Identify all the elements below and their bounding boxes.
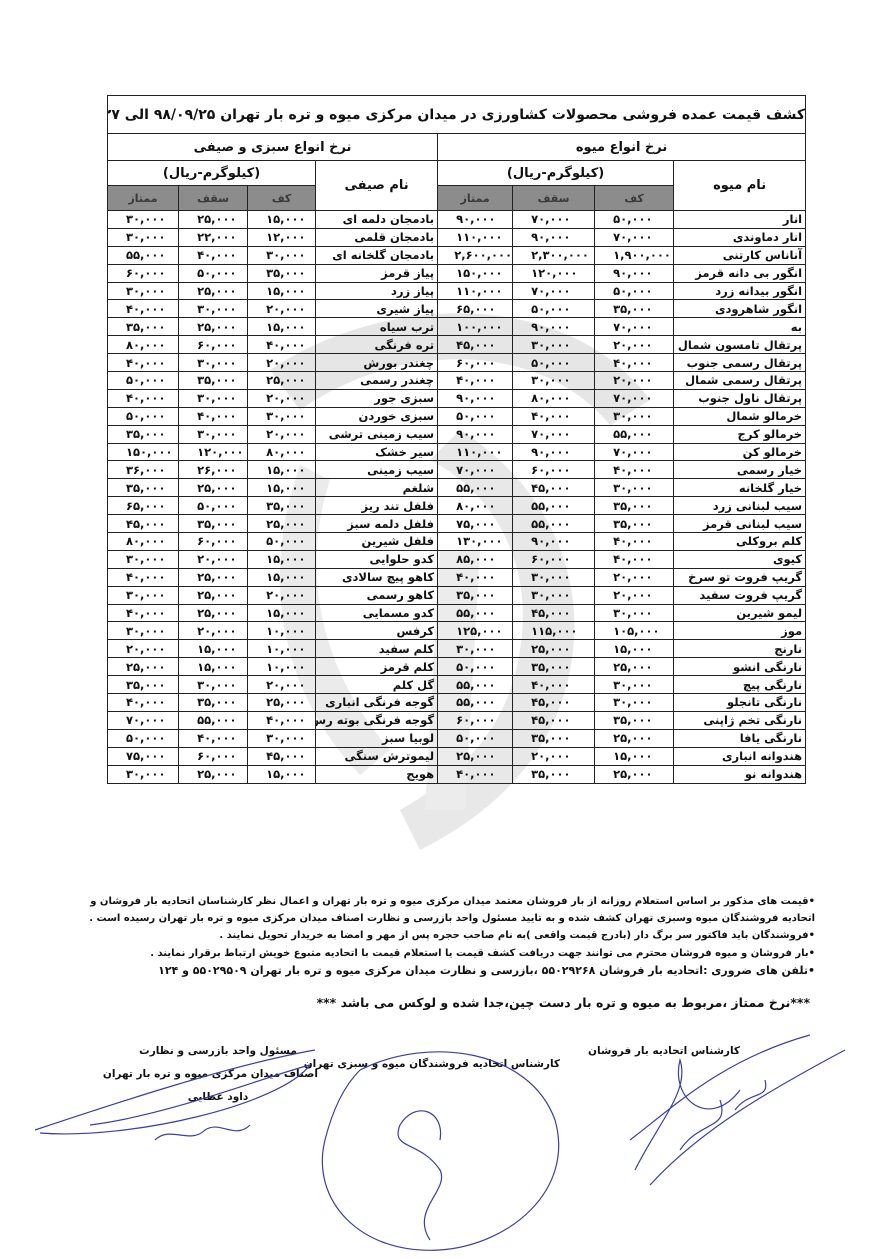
veg-col-max: سقف [179, 186, 248, 211]
fruit-name-cell: نارنگی یافا [674, 729, 806, 747]
veg-premium-price-cell: ۷۰,۰۰۰ [108, 711, 179, 729]
fruit-premium-price-cell: ۶۰,۰۰۰ [438, 711, 513, 729]
fruit-min-price-cell: ۳۰,۰۰۰ [595, 604, 674, 622]
veg-name-cell: هویج [316, 765, 438, 783]
fruit-premium-price-cell: ۵۵,۰۰۰ [438, 604, 513, 622]
veg-max-price-cell: ۲۵,۰۰۰ [179, 318, 248, 336]
veg-name-cell: پیاز شیری [316, 300, 438, 318]
table-row: انار دماوندی۷۰,۰۰۰۹۰,۰۰۰۱۱۰,۰۰۰بادمجان ق… [108, 228, 806, 246]
veg-min-price-cell: ۲۰,۰۰۰ [248, 354, 316, 372]
veg-min-price-cell: ۲۰,۰۰۰ [248, 389, 316, 407]
veg-name-cell: کاهو پیچ سالادی [316, 568, 438, 586]
footnote-line: •قیمت های مذکور بر اساس استعلام روزانه ا… [110, 893, 815, 910]
veg-min-price-cell: ۸۰,۰۰۰ [248, 443, 316, 461]
fruit-premium-price-cell: ۷۰,۰۰۰ [438, 461, 513, 479]
veg-min-price-cell: ۲۵,۰۰۰ [248, 372, 316, 390]
veg-max-price-cell: ۱۵,۰۰۰ [179, 658, 248, 676]
veg-max-price-cell: ۲۶,۰۰۰ [179, 461, 248, 479]
veg-premium-price-cell: ۳۰,۰۰۰ [108, 622, 179, 640]
table-row: نارنگی پیچ۳۰,۰۰۰۴۰,۰۰۰۵۵,۰۰۰گل کلم۲۰,۰۰۰… [108, 676, 806, 694]
document-title: کشف قیمت عمده فروشی محصولات کشاورزی در م… [108, 96, 806, 134]
table-row: انگور بیدانه زرد۵۰,۰۰۰۷۰,۰۰۰۱۱۰,۰۰۰پیاز … [108, 282, 806, 300]
table-row: نارنگی تخم ژاپنی۳۵,۰۰۰۴۵,۰۰۰۶۰,۰۰۰گوجه ف… [108, 711, 806, 729]
veg-premium-price-cell: ۵۰,۰۰۰ [108, 407, 179, 425]
fruit-max-price-cell: ۹۰,۰۰۰ [513, 228, 595, 246]
fruit-premium-price-cell: ۲۵,۰۰۰ [438, 747, 513, 765]
veg-premium-price-cell: ۳۵,۰۰۰ [108, 479, 179, 497]
fruit-min-price-cell: ۴۰,۰۰۰ [595, 533, 674, 551]
veg-max-price-cell: ۳۰,۰۰۰ [179, 389, 248, 407]
fruit-name-cell: نارنگی تخم ژاپنی [674, 711, 806, 729]
fruit-max-price-cell: ۹۰,۰۰۰ [513, 443, 595, 461]
fruit-name-cell: به [674, 318, 806, 336]
table-row: خرمالو کرج۵۵,۰۰۰۷۰,۰۰۰۹۰,۰۰۰سیب زمینی تر… [108, 425, 806, 443]
veg-name-cell: سیب زمینی [316, 461, 438, 479]
veg-name-cell: سیب زمینی ترشی [316, 425, 438, 443]
fruit-max-price-cell: ۶۰,۰۰۰ [513, 461, 595, 479]
fruit-name-cell: موز [674, 622, 806, 640]
fruit-premium-price-cell: ۶۵,۰۰۰ [438, 300, 513, 318]
veg-premium-price-cell: ۴۰,۰۰۰ [108, 354, 179, 372]
fruit-max-price-cell: ۴۰,۰۰۰ [513, 407, 595, 425]
veg-max-price-cell: ۲۲,۰۰۰ [179, 228, 248, 246]
fruit-max-price-cell: ۵۵,۰۰۰ [513, 515, 595, 533]
table-row: پرتقال ناول جنوب۷۰,۰۰۰۸۰,۰۰۰۹۰,۰۰۰سبزی ج… [108, 389, 806, 407]
veg-min-price-cell: ۲۵,۰۰۰ [248, 515, 316, 533]
table-row: به۷۰,۰۰۰۹۰,۰۰۰۱۰۰,۰۰۰ترب سیاه۱۵,۰۰۰۲۵,۰۰… [108, 318, 806, 336]
fruit-name-cell: نارنگی انشو [674, 658, 806, 676]
table-row: کیوی۴۰,۰۰۰۶۰,۰۰۰۸۵,۰۰۰کدو حلوایی۱۵,۰۰۰۲۰… [108, 550, 806, 568]
veg-min-price-cell: ۴۵,۰۰۰ [248, 747, 316, 765]
veg-max-price-cell: ۴۰,۰۰۰ [179, 246, 248, 264]
veg-name-cell: گوجه فرنگی بوته رس [316, 711, 438, 729]
veg-name-cell: چغندر رسمی [316, 372, 438, 390]
veg-min-price-cell: ۳۵,۰۰۰ [248, 497, 316, 515]
table-row: انار۵۰,۰۰۰۷۰,۰۰۰۹۰,۰۰۰بادمجان دلمه ای۱۵,… [108, 211, 806, 229]
veg-premium-price-cell: ۳۰,۰۰۰ [108, 228, 179, 246]
table-row: خرمالو شمال۳۰,۰۰۰۴۰,۰۰۰۵۰,۰۰۰سبزی خوردن۳… [108, 407, 806, 425]
veg-premium-price-cell: ۱۵۰,۰۰۰ [108, 443, 179, 461]
fruit-premium-price-cell: ۱۲۵,۰۰۰ [438, 622, 513, 640]
fruit-min-price-cell: ۳۰,۰۰۰ [595, 676, 674, 694]
fruit-min-price-cell: ۵۵,۰۰۰ [595, 425, 674, 443]
table-row: خیار رسمی۴۰,۰۰۰۶۰,۰۰۰۷۰,۰۰۰سیب زمینی۱۵,۰… [108, 461, 806, 479]
fruit-premium-price-cell: ۵۰,۰۰۰ [438, 658, 513, 676]
veg-name-cell: کلم قرمز [316, 658, 438, 676]
fruit-max-price-cell: ۷۰,۰۰۰ [513, 282, 595, 300]
veg-name-cell: لیموترش سنگی [316, 747, 438, 765]
veg-min-price-cell: ۵۰,۰۰۰ [248, 533, 316, 551]
fruit-max-price-cell: ۳۵,۰۰۰ [513, 765, 595, 783]
fruit-min-price-cell: ۲۵,۰۰۰ [595, 729, 674, 747]
fruit-max-price-cell: ۴۰,۰۰۰ [513, 676, 595, 694]
fruit-max-price-cell: ۸۰,۰۰۰ [513, 389, 595, 407]
fruit-min-price-cell: ۷۰,۰۰۰ [595, 443, 674, 461]
veg-min-price-cell: ۲۰,۰۰۰ [248, 586, 316, 604]
veg-max-price-cell: ۲۰,۰۰۰ [179, 550, 248, 568]
veg-premium-price-cell: ۲۵,۰۰۰ [108, 658, 179, 676]
fruit-col-premium: ممتاز [438, 186, 513, 211]
veg-min-price-cell: ۴۰,۰۰۰ [248, 336, 316, 354]
veg-max-price-cell: ۲۰,۰۰۰ [179, 622, 248, 640]
fruit-min-price-cell: ۴۰,۰۰۰ [595, 461, 674, 479]
veg-name-header: نام صیفی [316, 161, 438, 211]
fruit-premium-price-cell: ۱۵۰,۰۰۰ [438, 264, 513, 282]
veg-max-price-cell: ۲۵,۰۰۰ [179, 765, 248, 783]
fruit-max-price-cell: ۴۵,۰۰۰ [513, 604, 595, 622]
veg-premium-price-cell: ۳۰,۰۰۰ [108, 586, 179, 604]
signature-title: مسئول واحد بازرسی و نظارت [118, 1040, 318, 1063]
fruit-min-price-cell: ۲۰,۰۰۰ [595, 586, 674, 604]
veg-premium-price-cell: ۴۰,۰۰۰ [108, 694, 179, 712]
fruit-min-price-cell: ۷۰,۰۰۰ [595, 228, 674, 246]
veg-premium-price-cell: ۶۵,۰۰۰ [108, 497, 179, 515]
fruit-min-price-cell: ۳۰,۰۰۰ [595, 479, 674, 497]
veg-max-price-cell: ۲۵,۰۰۰ [179, 282, 248, 300]
fruit-name-cell: سیب لبنانی زرد [674, 497, 806, 515]
footnote-line: •فروشندگان باید فاکتور سر برگ دار (بادرج… [110, 927, 815, 944]
fruit-section-heading: نرخ انواع میوه [438, 134, 806, 161]
veg-name-cell: چغندر بورش [316, 354, 438, 372]
table-row: نارنگی یافا۲۵,۰۰۰۳۵,۰۰۰۵۰,۰۰۰لوبیا سبز۳۰… [108, 729, 806, 747]
fruit-min-price-cell: ۳۵,۰۰۰ [595, 711, 674, 729]
veg-premium-price-cell: ۳۰,۰۰۰ [108, 550, 179, 568]
veg-max-price-cell: ۶۰,۰۰۰ [179, 336, 248, 354]
fruit-premium-price-cell: ۸۰,۰۰۰ [438, 497, 513, 515]
veg-premium-price-cell: ۵۵,۰۰۰ [108, 246, 179, 264]
signature-block-inspection: مسئول واحد بازرسی و نظارت اصناف میدان مر… [118, 1040, 318, 1109]
veg-min-price-cell: ۴۰,۰۰۰ [248, 711, 316, 729]
veg-name-cell: فلفل دلمه سبز [316, 515, 438, 533]
fruit-name-cell: کلم بروکلی [674, 533, 806, 551]
fruit-min-price-cell: ۳۵,۰۰۰ [595, 300, 674, 318]
fruit-min-price-cell: ۱۵,۰۰۰ [595, 747, 674, 765]
fruit-max-price-cell: ۳۰,۰۰۰ [513, 372, 595, 390]
veg-name-cell: کرفس [316, 622, 438, 640]
table-row: آناناس کارتنی۱,۹۰۰,۰۰۰۲,۳۰۰,۰۰۰۲,۶۰۰,۰۰۰… [108, 246, 806, 264]
veg-premium-price-cell: ۵۰,۰۰۰ [108, 372, 179, 390]
fruit-min-price-cell: ۷۰,۰۰۰ [595, 389, 674, 407]
table-row: نارنج۱۵,۰۰۰۲۵,۰۰۰۳۰,۰۰۰کلم سفید۱۰,۰۰۰۱۵,… [108, 640, 806, 658]
veg-max-price-cell: ۲۵,۰۰۰ [179, 604, 248, 622]
veg-name-cell: بادمجان گلخانه ای [316, 246, 438, 264]
table-row: سیب لبنانی قرمز۳۵,۰۰۰۵۵,۰۰۰۷۵,۰۰۰فلفل دل… [108, 515, 806, 533]
table-row: سیب لبنانی زرد۳۵,۰۰۰۵۵,۰۰۰۸۰,۰۰۰فلفل تند… [108, 497, 806, 515]
veg-max-price-cell: ۴۰,۰۰۰ [179, 729, 248, 747]
table-row: هندوانه نو۲۵,۰۰۰۳۵,۰۰۰۴۰,۰۰۰هویج۱۵,۰۰۰۲۵… [108, 765, 806, 783]
fruit-name-cell: کیوی [674, 550, 806, 568]
fruit-premium-price-cell: ۱۳۰,۰۰۰ [438, 533, 513, 551]
veg-col-min: کف [248, 186, 316, 211]
veg-max-price-cell: ۲۵,۰۰۰ [179, 479, 248, 497]
veg-max-price-cell: ۳۵,۰۰۰ [179, 372, 248, 390]
fruit-name-cell: نارنگی پیچ [674, 676, 806, 694]
price-rows: انار۵۰,۰۰۰۷۰,۰۰۰۹۰,۰۰۰بادمجان دلمه ای۱۵,… [108, 211, 806, 784]
fruit-min-price-cell: ۳۰,۰۰۰ [595, 694, 674, 712]
fruit-col-min: کف [595, 186, 674, 211]
table-row: انگور بی دانه قرمز۹۰,۰۰۰۱۲۰,۰۰۰۱۵۰,۰۰۰پی… [108, 264, 806, 282]
veg-max-price-cell: ۱۵,۰۰۰ [179, 640, 248, 658]
fruit-max-price-cell: ۴۵,۰۰۰ [513, 694, 595, 712]
fruit-name-cell: انگور بی دانه قرمز [674, 264, 806, 282]
price-document: کشف قیمت عمده فروشی محصولات کشاورزی در م… [0, 0, 881, 1259]
veg-premium-price-cell: ۳۰,۰۰۰ [108, 211, 179, 229]
fruit-min-price-cell: ۲۵,۰۰۰ [595, 765, 674, 783]
fruit-premium-price-cell: ۵۵,۰۰۰ [438, 479, 513, 497]
veg-max-price-cell: ۳۰,۰۰۰ [179, 425, 248, 443]
fruit-name-cell: انار [674, 211, 806, 229]
veg-max-price-cell: ۳۵,۰۰۰ [179, 694, 248, 712]
fruit-min-price-cell: ۹۰,۰۰۰ [595, 264, 674, 282]
veg-name-cell: لوبیا سبز [316, 729, 438, 747]
veg-min-price-cell: ۲۰,۰۰۰ [248, 676, 316, 694]
fruit-min-price-cell: ۵۰,۰۰۰ [595, 282, 674, 300]
veg-name-cell: ترب سیاه [316, 318, 438, 336]
fruit-name-cell: پرتقال رسمی جنوب [674, 354, 806, 372]
table-row: گریپ فروت سفید۲۰,۰۰۰۳۰,۰۰۰۳۵,۰۰۰کاهو رسم… [108, 586, 806, 604]
veg-premium-price-cell: ۸۰,۰۰۰ [108, 336, 179, 354]
veg-premium-price-cell: ۳۰,۰۰۰ [108, 765, 179, 783]
fruit-name-cell: پرتقال تامسون شمال [674, 336, 806, 354]
fruit-min-price-cell: ۲۵,۰۰۰ [595, 658, 674, 676]
veg-min-price-cell: ۱۰,۰۰۰ [248, 622, 316, 640]
fruit-name-cell: انگور شاهرودی [674, 300, 806, 318]
veg-max-price-cell: ۵۰,۰۰۰ [179, 497, 248, 515]
fruit-min-price-cell: ۵۰,۰۰۰ [595, 211, 674, 229]
signature-title: کارشناس اتحادیه فروشندگان میوه و سبزی ته… [340, 1053, 560, 1076]
fruit-premium-price-cell: ۵۵,۰۰۰ [438, 676, 513, 694]
fruit-premium-price-cell: ۸۵,۰۰۰ [438, 550, 513, 568]
fruit-min-price-cell: ۴۰,۰۰۰ [595, 354, 674, 372]
veg-premium-price-cell: ۵۰,۰۰۰ [108, 729, 179, 747]
fruit-min-price-cell: ۲۰,۰۰۰ [595, 336, 674, 354]
fruit-name-cell: انار دماوندی [674, 228, 806, 246]
veg-name-cell: سبزی جور [316, 389, 438, 407]
table-row: پرتقال تامسون شمال۲۰,۰۰۰۳۰,۰۰۰۴۵,۰۰۰تره … [108, 336, 806, 354]
veg-max-price-cell: ۳۰,۰۰۰ [179, 676, 248, 694]
veg-premium-price-cell: ۷۵,۰۰۰ [108, 747, 179, 765]
fruit-max-price-cell: ۳۰,۰۰۰ [513, 336, 595, 354]
fruit-premium-price-cell: ۱۱۰,۰۰۰ [438, 282, 513, 300]
veg-min-price-cell: ۲۰,۰۰۰ [248, 300, 316, 318]
fruit-premium-price-cell: ۹۰,۰۰۰ [438, 389, 513, 407]
fruit-max-price-cell: ۱۲۰,۰۰۰ [513, 264, 595, 282]
fruit-max-price-cell: ۵۰,۰۰۰ [513, 354, 595, 372]
table-row: انگور شاهرودی۳۵,۰۰۰۵۰,۰۰۰۶۵,۰۰۰پیاز شیری… [108, 300, 806, 318]
veg-premium-price-cell: ۴۰,۰۰۰ [108, 389, 179, 407]
veg-max-price-cell: ۲۵,۰۰۰ [179, 211, 248, 229]
veg-premium-price-cell: ۴۰,۰۰۰ [108, 568, 179, 586]
veg-min-price-cell: ۳۵,۰۰۰ [248, 264, 316, 282]
veg-premium-price-cell: ۳۵,۰۰۰ [108, 318, 179, 336]
veg-max-price-cell: ۳۵,۰۰۰ [179, 515, 248, 533]
veg-min-price-cell: ۱۲,۰۰۰ [248, 228, 316, 246]
fruit-min-price-cell: ۱۵,۰۰۰ [595, 640, 674, 658]
veg-name-cell: کلم سفید [316, 640, 438, 658]
fruit-premium-price-cell: ۱۰۰,۰۰۰ [438, 318, 513, 336]
veg-max-price-cell: ۴۰,۰۰۰ [179, 407, 248, 425]
veg-max-price-cell: ۳۰,۰۰۰ [179, 354, 248, 372]
footnote-line: اتحادیه فروشندگان میوه وسبزی تهران کشف ش… [110, 910, 815, 927]
veg-min-price-cell: ۲۵,۰۰۰ [248, 694, 316, 712]
fruit-max-price-cell: ۴۵,۰۰۰ [513, 711, 595, 729]
fruit-max-price-cell: ۳۰,۰۰۰ [513, 568, 595, 586]
fruit-name-cell: گریپ فروت سفید [674, 586, 806, 604]
veg-min-price-cell: ۱۰,۰۰۰ [248, 658, 316, 676]
veg-min-price-cell: ۱۵,۰۰۰ [248, 479, 316, 497]
fruit-name-cell: آناناس کارتنی [674, 246, 806, 264]
fruit-col-max: سقف [513, 186, 595, 211]
fruit-name-cell: پرتقال ناول جنوب [674, 389, 806, 407]
fruit-premium-price-cell: ۴۰,۰۰۰ [438, 372, 513, 390]
veg-name-cell: فلفل شیرین [316, 533, 438, 551]
veg-name-cell: بادمجان قلمی [316, 228, 438, 246]
fruit-name-cell: نارنج [674, 640, 806, 658]
signature-title: کارشناس اتحادیه بار فروشان [610, 1040, 740, 1063]
table-row: خرمالو کن۷۰,۰۰۰۹۰,۰۰۰۱۱۰,۰۰۰سیر خشک۸۰,۰۰… [108, 443, 806, 461]
veg-max-price-cell: ۱۲۰,۰۰۰ [179, 443, 248, 461]
veg-max-price-cell: ۶۰,۰۰۰ [179, 747, 248, 765]
fruit-premium-price-cell: ۶۰,۰۰۰ [438, 354, 513, 372]
fruit-min-price-cell: ۱,۹۰۰,۰۰۰ [595, 246, 674, 264]
veg-premium-price-cell: ۴۰,۰۰۰ [108, 300, 179, 318]
veg-min-price-cell: ۱۵,۰۰۰ [248, 318, 316, 336]
fruit-max-price-cell: ۵۵,۰۰۰ [513, 497, 595, 515]
veg-min-price-cell: ۱۵,۰۰۰ [248, 282, 316, 300]
fruit-min-price-cell: ۲۰,۰۰۰ [595, 372, 674, 390]
veg-min-price-cell: ۱۵,۰۰۰ [248, 550, 316, 568]
fruit-max-price-cell: ۳۵,۰۰۰ [513, 658, 595, 676]
fruit-min-price-cell: ۳۵,۰۰۰ [595, 515, 674, 533]
fruit-min-price-cell: ۱۰۵,۰۰۰ [595, 622, 674, 640]
table-row: نارنگی تانجلو۳۰,۰۰۰۴۵,۰۰۰۵۵,۰۰۰گوجه فرنگ… [108, 694, 806, 712]
fruit-max-price-cell: ۲,۳۰۰,۰۰۰ [513, 246, 595, 264]
veg-name-cell: سیر خشک [316, 443, 438, 461]
veg-name-cell: شلغم [316, 479, 438, 497]
signature-block-vendors-union: کارشناس اتحادیه فروشندگان میوه و سبزی ته… [340, 1053, 560, 1076]
veg-min-price-cell: ۱۵,۰۰۰ [248, 461, 316, 479]
fruit-max-price-cell: ۲۵,۰۰۰ [513, 640, 595, 658]
veg-max-price-cell: ۶۰,۰۰۰ [179, 533, 248, 551]
veg-premium-price-cell: ۸۰,۰۰۰ [108, 533, 179, 551]
veg-min-price-cell: ۱۵,۰۰۰ [248, 604, 316, 622]
fruit-min-price-cell: ۷۰,۰۰۰ [595, 318, 674, 336]
veg-min-price-cell: ۳۰,۰۰۰ [248, 246, 316, 264]
veg-max-price-cell: ۲۵,۰۰۰ [179, 568, 248, 586]
veg-name-cell: بادمجان دلمه ای [316, 211, 438, 229]
fruit-max-price-cell: ۵۰,۰۰۰ [513, 300, 595, 318]
fruit-name-cell: پرتقال رسمی شمال [674, 372, 806, 390]
fruit-unit-label: (کیلوگرم-ریال) [438, 161, 674, 186]
table-row: نارنگی انشو۲۵,۰۰۰۳۵,۰۰۰۵۰,۰۰۰کلم قرمز۱۰,… [108, 658, 806, 676]
signature-title: اصناف میدان مرکزی میوه و تره بار تهران [118, 1063, 318, 1086]
veg-name-cell: پیاز قرمز [316, 264, 438, 282]
signature-person-name: داود عطایی [118, 1086, 318, 1109]
fruit-max-price-cell: ۹۰,۰۰۰ [513, 318, 595, 336]
signature-block-wholesalers-union: کارشناس اتحادیه بار فروشان [610, 1040, 740, 1063]
fruit-name-cell: نارنگی تانجلو [674, 694, 806, 712]
veg-min-price-cell: ۱۵,۰۰۰ [248, 568, 316, 586]
veg-name-cell: گل کلم [316, 676, 438, 694]
fruit-min-price-cell: ۴۰,۰۰۰ [595, 550, 674, 568]
veg-name-cell: گوجه فرنگی انباری [316, 694, 438, 712]
premium-rate-note: ***نرخ ممتاز ،مربوط به میوه و تره بار دس… [150, 995, 810, 1010]
fruit-name-cell: انگور بیدانه زرد [674, 282, 806, 300]
table-row: پرتقال رسمی شمال۲۰,۰۰۰۳۰,۰۰۰۴۰,۰۰۰چغندر … [108, 372, 806, 390]
fruit-max-price-cell: ۷۰,۰۰۰ [513, 425, 595, 443]
price-table: کشف قیمت عمده فروشی محصولات کشاورزی در م… [107, 95, 806, 784]
veg-min-price-cell: ۳۰,۰۰۰ [248, 407, 316, 425]
fruit-max-price-cell: ۲۰,۰۰۰ [513, 747, 595, 765]
fruit-premium-price-cell: ۵۰,۰۰۰ [438, 729, 513, 747]
veg-max-price-cell: ۵۰,۰۰۰ [179, 264, 248, 282]
fruit-premium-price-cell: ۲,۶۰۰,۰۰۰ [438, 246, 513, 264]
fruit-premium-price-cell: ۳۰,۰۰۰ [438, 640, 513, 658]
fruit-name-cell: خیار گلخانه [674, 479, 806, 497]
veg-premium-price-cell: ۴۰,۰۰۰ [108, 604, 179, 622]
veg-name-cell: پیاز زرد [316, 282, 438, 300]
veg-unit-label: (کیلوگرم-ریال) [108, 161, 316, 186]
fruit-name-cell: هندوانه نو [674, 765, 806, 783]
fruit-premium-price-cell: ۱۱۰,۰۰۰ [438, 443, 513, 461]
veg-premium-price-cell: ۴۵,۰۰۰ [108, 515, 179, 533]
veg-premium-price-cell: ۲۰,۰۰۰ [108, 640, 179, 658]
fruit-name-header: نام میوه [674, 161, 806, 211]
fruit-premium-price-cell: ۴۵,۰۰۰ [438, 336, 513, 354]
veg-name-cell: کدو حلوایی [316, 550, 438, 568]
table-row: خیار گلخانه۳۰,۰۰۰۴۵,۰۰۰۵۵,۰۰۰شلغم۱۵,۰۰۰۲… [108, 479, 806, 497]
fruit-premium-price-cell: ۵۵,۰۰۰ [438, 694, 513, 712]
veg-section-heading: نرخ انواع سبزی و صیفی [108, 134, 438, 161]
fruit-premium-price-cell: ۱۱۰,۰۰۰ [438, 228, 513, 246]
veg-name-cell: کدو مسمایی [316, 604, 438, 622]
veg-premium-price-cell: ۳۵,۰۰۰ [108, 676, 179, 694]
table-row: پرتقال رسمی جنوب۴۰,۰۰۰۵۰,۰۰۰۶۰,۰۰۰چغندر … [108, 354, 806, 372]
table-row: کلم بروکلی۴۰,۰۰۰۹۰,۰۰۰۱۳۰,۰۰۰فلفل شیرین۵… [108, 533, 806, 551]
veg-col-premium: ممتاز [108, 186, 179, 211]
fruit-min-price-cell: ۳۵,۰۰۰ [595, 497, 674, 515]
fruit-max-price-cell: ۴۵,۰۰۰ [513, 479, 595, 497]
fruit-name-cell: خرمالو کرج [674, 425, 806, 443]
veg-premium-price-cell: ۳۶,۰۰۰ [108, 461, 179, 479]
fruit-name-cell: لیمو شیرین [674, 604, 806, 622]
fruit-premium-price-cell: ۴۰,۰۰۰ [438, 765, 513, 783]
table-row: هندوانه انباری۱۵,۰۰۰۲۰,۰۰۰۲۵,۰۰۰لیموترش … [108, 747, 806, 765]
veg-max-price-cell: ۵۵,۰۰۰ [179, 711, 248, 729]
veg-premium-price-cell: ۶۰,۰۰۰ [108, 264, 179, 282]
fruit-name-cell: خرمالو شمال [674, 407, 806, 425]
veg-premium-price-cell: ۳۵,۰۰۰ [108, 425, 179, 443]
fruit-max-price-cell: ۱۱۵,۰۰۰ [513, 622, 595, 640]
fruit-premium-price-cell: ۷۵,۰۰۰ [438, 515, 513, 533]
fruit-max-price-cell: ۹۰,۰۰۰ [513, 533, 595, 551]
fruit-max-price-cell: ۶۰,۰۰۰ [513, 550, 595, 568]
veg-min-price-cell: ۱۰,۰۰۰ [248, 640, 316, 658]
fruit-name-cell: گریپ فروت تو سرخ [674, 568, 806, 586]
fruit-premium-price-cell: ۳۵,۰۰۰ [438, 586, 513, 604]
fruit-min-price-cell: ۲۰,۰۰۰ [595, 568, 674, 586]
table-row: لیمو شیرین۳۰,۰۰۰۴۵,۰۰۰۵۵,۰۰۰کدو مسمایی۱۵… [108, 604, 806, 622]
veg-name-cell: کاهو رسمی [316, 586, 438, 604]
veg-name-cell: فلفل تند ریز [316, 497, 438, 515]
phone-numbers-line: •تلفن های ضروری :اتحادیه بار فروشان ۵۵۰۲… [110, 962, 815, 979]
fruit-max-price-cell: ۳۵,۰۰۰ [513, 729, 595, 747]
footnote-line: •بار فروشان و میوه فروشان محترم می توانن… [110, 945, 815, 962]
fruit-name-cell: سیب لبنانی قرمز [674, 515, 806, 533]
table-row: موز۱۰۵,۰۰۰۱۱۵,۰۰۰۱۲۵,۰۰۰کرفس۱۰,۰۰۰۲۰,۰۰۰… [108, 622, 806, 640]
veg-min-price-cell: ۳۰,۰۰۰ [248, 729, 316, 747]
fruit-max-price-cell: ۷۰,۰۰۰ [513, 211, 595, 229]
